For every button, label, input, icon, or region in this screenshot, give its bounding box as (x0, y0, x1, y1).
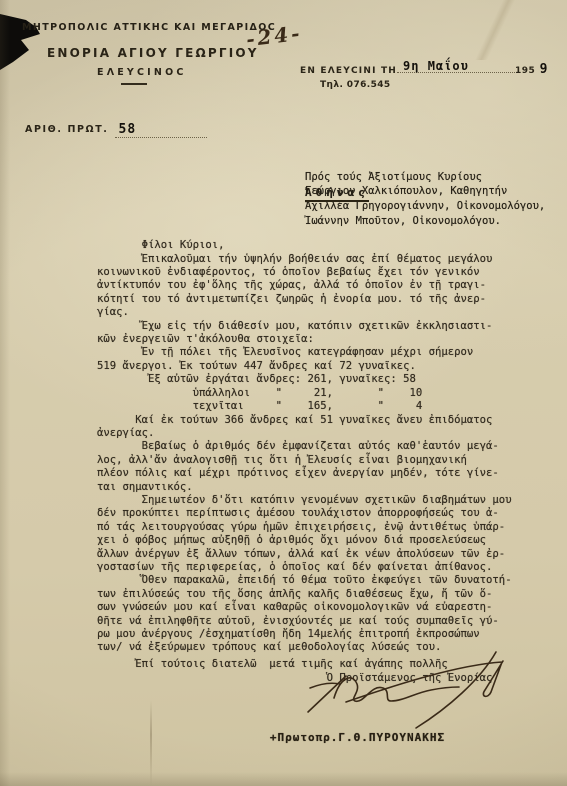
body-line: Σημειωτέον δ'ὅτι κατόπιν γενομένων σχετι… (97, 494, 537, 507)
date-line: ΕΝ ΕΛΕΥCΙΝΙ ΤΗ9η Μαΐου195 9 (300, 62, 549, 77)
body-line: κῶν ἐνεργειῶν τ'ἀκόλουθα στοιχεῖα: (97, 333, 537, 346)
body-line: Ἐν τῇ πόλει τῆς Ἐλευσῖνος κατεγράφησαν μ… (97, 346, 537, 359)
body-line: τεχνῖται " 165, " 4 (97, 400, 537, 413)
letterhead-parish-line: ΕΝΟΡΙΑ ΑΓΙΟΥ ΓΕΩΡΓΙΟΥ (47, 46, 259, 60)
body-line: Ἔχω εἰς τήν διάθεσίν μου, κατόπιν σχετικ… (97, 320, 537, 333)
body-line: πό τάς λειτουργούσας γύρω ἡμῶν ἐπιχειρήσ… (97, 521, 537, 534)
body-line: ἀνεργίας. (97, 427, 537, 440)
phone-number: Τηλ. 076.545 (320, 80, 391, 90)
body-line: ὑπάλληλοι " 21, " 10 (97, 387, 537, 400)
body-line: κοινωνικοῦ ἐνδιαφέροντος, τό ὁποῖον βεβα… (97, 266, 537, 279)
typed-date: 9η Μαΐου (403, 59, 469, 73)
protocol-line: ΑΡΙΘ. ΠΡΩΤ.58 (25, 121, 207, 137)
signer-name-stamp: +Πρωτοπρ.Γ.Θ.ΠΥΡΟΥΝΑΚΗΣ (250, 731, 465, 744)
body-line: γοστασίων τῆς περιφερείας, ὁ ὁποῖος καί … (97, 561, 537, 574)
body-line: γίας. (97, 306, 537, 319)
body-line: Καί ἐκ τούτων 366 ἄνδρες καί 51 γυναῖκες… (97, 414, 537, 427)
letterhead-place-line: ΕΛΕΥCΙΝΟC (97, 67, 187, 78)
body-line: σων γνώσεών μου καί εἶναι καθαρῶς οἰκονο… (97, 601, 537, 614)
body-line: ἀντίκτυπόν του ἐφ'ὅλης τῆς χώρας, ἀλλά τ… (97, 279, 537, 292)
letter-body: Φίλοι Κύριοι, Ἐπικαλοῦμαι τήν ὑψηλήν βοή… (97, 199, 537, 655)
protocol-number: 58 (115, 122, 207, 138)
paper-crease-diagonal (430, 0, 560, 60)
body-line: των ἐπιλύσεώς του τῆς ὅσης ἁπλῆς καλῆς δ… (97, 588, 537, 601)
body-line: δέν προκύπτει περίπτωσις ἀμέσου τουλάχισ… (97, 507, 537, 520)
paper-bottom-shadow (0, 772, 567, 786)
body-line: ἄλλων ἀνέργων ἐξ ἄλλων τόπων, ἀλλά καί ἐ… (97, 548, 537, 561)
body-line: 519 ἄνεργοι. Ἐκ τούτων 447 ἄνδρες καί 72… (97, 360, 537, 373)
body-line: λος, ἀλλ'ἄν ἀναλογισθῇ τις ὅτι ἡ Ἐλευσίς… (97, 454, 537, 467)
date-dotted-line: 9η Μαΐου (397, 62, 515, 73)
body-line: κότητί του τό ἀντιμετωπίζει ζωηρῶς ἡ ἐνο… (97, 293, 537, 306)
date-label: ΕΝ ΕΛΕΥCΙΝΙ ΤΗ (300, 66, 397, 76)
body-line: χει ὁ φόβος μήπως αὐξηθῇ ὁ ἀριθμός ὄχι μ… (97, 534, 537, 547)
letterhead-org-line: ΜΗΤΡΟΠΟΛΙC ΑΤΤΙΚΗC ΚΑΙ ΜΕΓΑΡΙΔΟC (22, 22, 276, 33)
paper-left-shadow (0, 0, 10, 786)
body-line: Ὅθεν παρακαλῶ, ἐπειδή τό θέμα τοῦτο ἐκφε… (97, 574, 537, 587)
body-line: πλέον πόλις καί μέχρι πρότινος εἶχεν ἀνε… (97, 467, 537, 480)
handwritten-signature (288, 640, 546, 732)
body-line: Ἐξ αὐτῶν ἐργάται ἄνδρες: 261, γυναῖκες: … (97, 373, 537, 386)
letterhead-underline-rule (121, 83, 147, 85)
body-line: Φίλοι Κύριοι, (97, 239, 537, 252)
body-line: Ἐπικαλοῦμαι τήν ὑψηλήν βοήθειάν σας ἐπί … (97, 253, 537, 266)
scanned-letter-page: ΜΗΤΡΟΠΟΛΙC ΑΤΤΙΚΗC ΚΑΙ ΜΕΓΑΡΙΔΟC -24- ΕΝ… (0, 0, 567, 786)
typed-year-digit: 9 (540, 62, 549, 77)
protocol-label: ΑΡΙΘ. ΠΡΩΤ. (25, 124, 109, 135)
body-line: Βεβαίως ὁ ἀριθμός δέν ἐμφανίζεται αὐτός … (97, 440, 537, 453)
year-printed: 195 (515, 66, 535, 76)
body-line: ται σημαντικός. (97, 481, 537, 494)
recipient-line: Πρός τούς Ἀξιοτίμους Κυρίους (305, 170, 545, 185)
